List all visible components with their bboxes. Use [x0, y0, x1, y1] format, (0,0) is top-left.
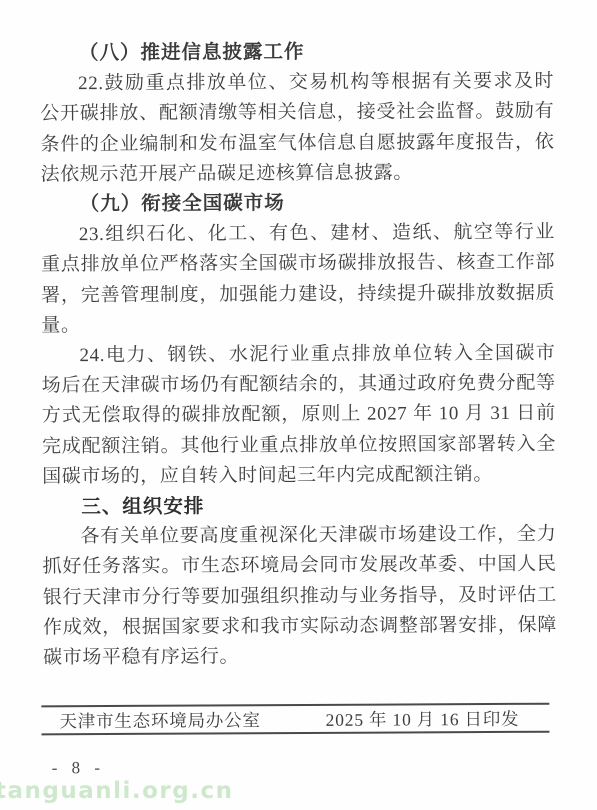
paragraph-24: 24.电力、钢铁、水泥行业重点排放单位转入全国碳市场后在天津碳市场仍有配额结余的… [41, 339, 556, 493]
scanned-sheet: （八）推进信息披露工作 22.鼓励重点排放单位、交易机构等根据有关要求及时公开碳… [0, 0, 597, 810]
footer-print-date: 2025 年 10 月 16 日印发 [326, 705, 520, 731]
page-number: - 8 - [52, 758, 105, 778]
paragraph-organization: 各有关单位要高度重视深化天津碳市场建设工作，全力抓好任务落实。市生态环境局会同市… [42, 520, 557, 674]
section-heading-8: （八）推进信息披露工作 [40, 37, 554, 70]
section-heading-9: （九）衔接全国碳市场 [41, 188, 555, 221]
paragraph-23: 23.组织石化、化工、有色、建材、造纸、航空等行业重点排放单位严格落实全国碳市场… [41, 218, 556, 342]
document-body: （八）推进信息披露工作 22.鼓励重点排放单位、交易机构等根据有关要求及时公开碳… [40, 37, 557, 674]
footer-issuer: 天津市生态环境局办公室 [59, 707, 260, 733]
document-page: （八）推进信息披露工作 22.鼓励重点排放单位、交易机构等根据有关要求及时公开碳… [0, 0, 597, 810]
paragraph-22: 22.鼓励重点排放单位、交易机构等根据有关要求及时公开碳排放、配额清缴等相关信息… [40, 67, 555, 191]
section-heading-3-org: 三、组织安排 [42, 490, 556, 523]
site-watermark: tanguanli.org.cn [0, 778, 233, 804]
footer-row: 天津市生态环境局办公室 2025 年 10 月 16 日印发 [41, 705, 549, 734]
document-footer: 天津市生态环境局办公室 2025 年 10 月 16 日印发 [41, 703, 549, 736]
